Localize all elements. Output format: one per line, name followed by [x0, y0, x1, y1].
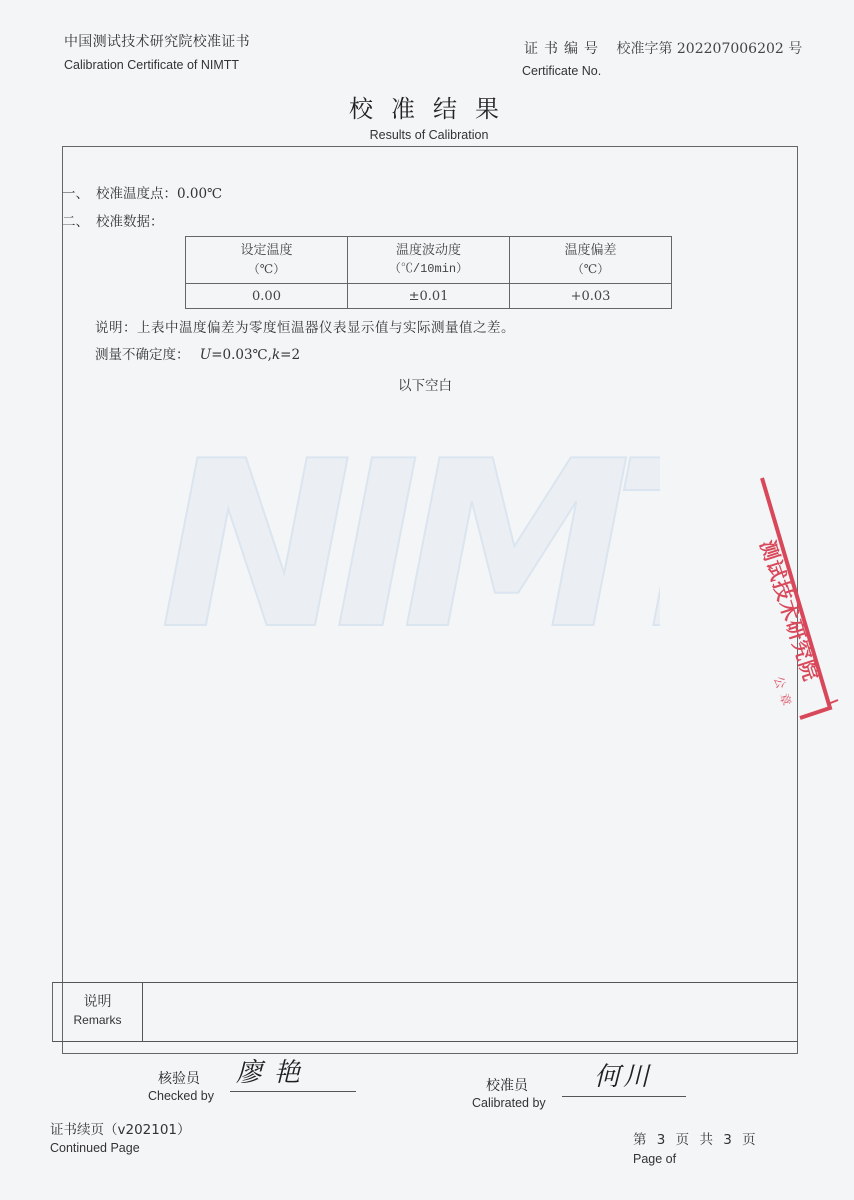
item-text: 校准温度点：0.00℃: [96, 186, 222, 202]
institute-name-en: Calibration Certificate of NIMTT: [64, 58, 239, 72]
institute-name-cn: 中国测试技术研究院校准证书: [64, 31, 250, 51]
calibrated-by-label-en: Calibrated by: [472, 1096, 546, 1110]
calibration-data-table: 设定温度 （℃） 温度波动度 （℃/10min） 温度偏差 （℃） 0.00 ±…: [185, 236, 672, 309]
certificate-number-value: 校准字第 202207006202 号: [616, 41, 802, 57]
cell-fluctuation: ±0.01: [348, 284, 510, 309]
table-header-row: 设定温度 （℃） 温度波动度 （℃/10min） 温度偏差 （℃）: [186, 237, 672, 284]
svg-text:测试技术研究院: 测试技术研究院: [755, 537, 823, 684]
remarks-label: 说明 Remarks: [53, 983, 143, 1041]
remarks-row: 说明 Remarks: [52, 982, 798, 1042]
checked-by-signature-line: [230, 1091, 356, 1092]
column-header-set-temperature: 设定温度 （℃）: [186, 237, 348, 284]
item-text: 校准数据：: [96, 214, 164, 230]
calibrated-by-label-cn: 校准员: [486, 1075, 528, 1095]
column-header-deviation: 温度偏差 （℃）: [510, 237, 672, 284]
calibration-point-item: 一、校准温度点：0.00℃: [62, 182, 222, 202]
cell-deviation: +0.03: [510, 284, 672, 309]
calibration-data-item: 二、校准数据：: [62, 210, 164, 230]
certificate-number-label: 证书编号: [524, 41, 604, 57]
item-number: 二、: [62, 210, 96, 230]
continued-page-label-cn: 证书续页（v202101）: [50, 1118, 191, 1138]
svg-text:NIMTT: NIMTT: [160, 413, 660, 650]
blank-below-marker: 以下空白: [398, 374, 452, 394]
table-note: 说明：上表中温度偏差为零度恒温器仪表显示值与实际测量值之差。: [95, 316, 515, 336]
checked-by-label-cn: 核验员: [158, 1068, 200, 1088]
certificate-number: 证书编号 校准字第 202207006202 号: [524, 38, 802, 58]
column-header-fluctuation: 温度波动度 （℃/10min）: [348, 237, 510, 284]
checked-by-signature: 廖艳: [236, 1052, 312, 1089]
official-seal-stamp: 测试技术研究院 公章: [740, 468, 840, 728]
continued-page-label-en: Continued Page: [50, 1141, 140, 1155]
nimtt-watermark: NIMTT: [150, 410, 660, 650]
page-number: 第 3 页 共 3 页: [633, 1128, 759, 1148]
checked-by-label-en: Checked by: [148, 1089, 214, 1103]
cell-set-temperature: 0.00: [186, 284, 348, 309]
page-number-label-en: Page of: [633, 1152, 676, 1166]
calibrated-by-signature: 何川: [594, 1056, 652, 1093]
table-row: 0.00 ±0.01 +0.03: [186, 284, 672, 309]
page-subtitle: Results of Calibration: [0, 128, 854, 142]
calibrated-by-signature-line: [562, 1096, 686, 1097]
page-title: 校准结果: [0, 89, 854, 124]
item-number: 一、: [62, 182, 96, 202]
svg-text:公章: 公章: [771, 674, 796, 713]
measurement-uncertainty: 测量不确定度： U=0.03℃,k=2: [95, 343, 300, 363]
certificate-number-label-en: Certificate No.: [522, 64, 601, 78]
